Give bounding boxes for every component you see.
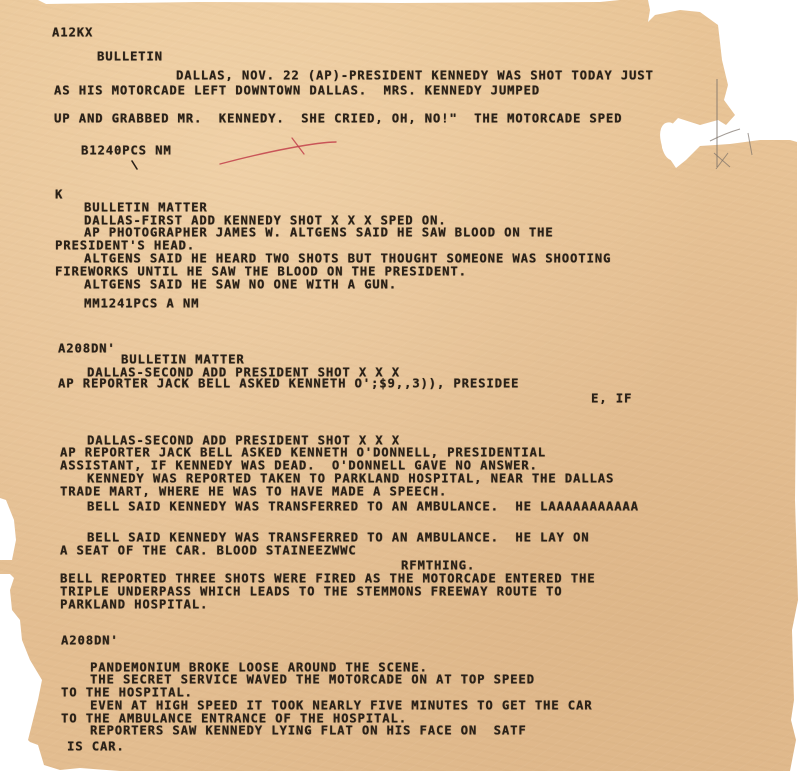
- story-line: BELL REPORTED THREE SHOTS WERE FIRED AS …: [60, 572, 595, 585]
- story-line: TRADE MART, WHERE HE WAS TO HAVE MADE A …: [60, 485, 447, 498]
- slug-a208dn: A208DN': [58, 342, 116, 355]
- bulletin-line: UP AND GRABBED MR. KENNEDY. SHE CRIED, O…: [54, 112, 622, 125]
- story-line: AP PHOTOGRAPHER JAMES W. ALTGENS SAID HE…: [84, 226, 554, 239]
- story-line-garbled: AP REPORTER JACK BELL ASKED KENNETH O';$…: [58, 377, 519, 390]
- slug-a208dn: A208DN': [61, 634, 119, 647]
- sign-off: MM1241PCS A NM: [84, 297, 199, 310]
- bulletin-matter-heading: BULLETIN MATTER: [121, 353, 245, 366]
- ink-tick-mark: [131, 160, 139, 170]
- bulletin-line: AS HIS MOTORCADE LEFT DOWNTOWN DALLAS. M…: [54, 84, 540, 97]
- story-line-garbled: A SEAT OF THE CAR. BLOOD STAINEEZWWC: [60, 544, 357, 557]
- story-line: BELL SAID KENNEDY WAS TRANSFERRED TO AN …: [87, 531, 590, 544]
- story-line: ASSISTANT, IF KENNEDY WAS DEAD. O'DONNEL…: [60, 459, 538, 472]
- sign-off: B1240PCS NM: [81, 144, 172, 157]
- story-line-garbled: BELL SAID KENNEDY WAS TRANSFERRED TO AN …: [87, 500, 639, 513]
- story-line: PARKLAND HOSPITAL.: [60, 598, 208, 611]
- red-pencil-cross-mark: [218, 136, 338, 168]
- story-line: REPORTERS SAW KENNEDY LYING FLAT ON HIS …: [90, 724, 527, 737]
- story-line: THE SECRET SERVICE WAVED THE MOTORCADE O…: [90, 673, 535, 686]
- story-line: IS CAR.: [67, 740, 125, 753]
- story-line: FIREWORKS UNTIL HE SAW THE BLOOD ON THE …: [55, 265, 467, 278]
- story-line: EVEN AT HIGH SPEED IT TOOK NEARLY FIVE M…: [90, 699, 593, 712]
- story-line: TRIPLE UNDERPASS WHICH LEADS TO THE STEM…: [60, 585, 563, 598]
- story-line: TO THE HOSPITAL.: [61, 686, 193, 699]
- story-line: ALTGENS SAID HE HEARD TWO SHOTS BUT THOU…: [84, 252, 611, 265]
- story-line: ALTGENS SAID HE SAW NO ONE WITH A GUN.: [84, 278, 397, 291]
- bulletin-heading: BULLETIN: [97, 50, 163, 63]
- garble-tail: E, IF: [591, 392, 632, 405]
- graphite-x-mark: [700, 75, 760, 175]
- bulletin-matter-heading: BULLETIN MATTER: [84, 201, 208, 214]
- story-line: AP REPORTER JACK BELL ASKED KENNETH O'DO…: [60, 446, 546, 459]
- garble-fragment: RFMTHING.: [401, 559, 475, 572]
- bulletin-line: DALLAS, NOV. 22 (AP)-PRESIDENT KENNEDY W…: [176, 69, 654, 82]
- story-line: KENNEDY WAS REPORTED TAKEN TO PARKLAND H…: [87, 472, 614, 485]
- story-line: PRESIDENT'S HEAD.: [55, 239, 195, 252]
- slug-a12kx: A12KX: [52, 26, 93, 39]
- slug-k: K: [55, 188, 63, 201]
